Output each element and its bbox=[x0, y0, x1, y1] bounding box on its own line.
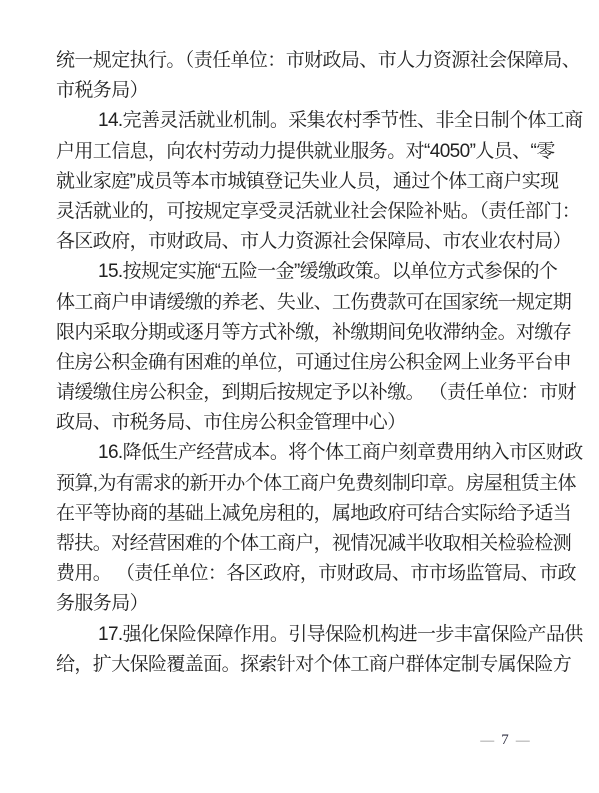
page-number-value: 7 bbox=[501, 732, 509, 749]
text-line-19: 务服务局） bbox=[56, 589, 593, 619]
text-line-14-item-16: 16.降低生产经营成本。将个体工商户刻章费用纳入市区财政 bbox=[56, 438, 593, 468]
page-number-dash-right: — bbox=[516, 734, 530, 745]
text-line-4: 户用工信息，向农村劳动力提供就业服务。对“4050”人员、“零 bbox=[56, 137, 593, 167]
text-line-13: 政局、市税务局、市住房公积金管理中心） bbox=[56, 408, 593, 438]
text-line-18: 费用。 （责任单位：各区政府，市财政局、市市场监管局、市政 bbox=[56, 559, 593, 589]
text-line-21: 给，扩大保险覆盖面。探索针对个体工商户群体定制专属保险方 bbox=[56, 650, 593, 680]
text-line-20-item-17: 17.强化保险保障作用。引导保险机构进一步丰富保险产品供 bbox=[56, 620, 593, 650]
text-line-6: 灵活就业的，可按规定享受灵活就业社会保险补贴。（责任部门： bbox=[56, 197, 593, 227]
text-line-12: 请缓缴住房公积金，到期后按规定予以补缴。 （责任单位：市财 bbox=[56, 378, 593, 408]
text-line-7: 各区政府，市财政局、市人力资源社会保障局、市农业农村局） bbox=[56, 227, 593, 257]
page-number: — 7 — bbox=[462, 729, 548, 751]
text-line-1: 统一规定执行。（责任单位：市财政局、市人力资源社会保障局、 bbox=[56, 46, 593, 76]
text-line-9: 体工商户申请缓缴的养老、失业、工伤费款可在国家统一规定期 bbox=[56, 288, 593, 318]
page-number-dash-left: — bbox=[480, 734, 494, 745]
text-line-8-item-15: 15.按规定实施“五险一金”缓缴政策。以单位方式参保的个 bbox=[56, 257, 593, 287]
text-line-10: 限内采取分期或逐月等方式补缴，补缴期间免收滞纳金。对缴存 bbox=[56, 318, 593, 348]
text-line-17: 帮扶。对经营困难的个体工商户，视情况减半收取相关检验检测 bbox=[56, 529, 593, 559]
document-body: 统一规定执行。（责任单位：市财政局、市人力资源社会保障局、 市税务局） 14.完… bbox=[56, 46, 593, 680]
text-line-11: 住房公积金确有困难的单位，可通过住房公积金网上业务平台申 bbox=[56, 348, 593, 378]
text-line-2: 市税务局） bbox=[56, 76, 593, 106]
text-line-16: 在平等协商的基础上减免房租的，属地政府可结合实际给予适当 bbox=[56, 499, 593, 529]
text-line-5: 就业家庭”成员等本市城镇登记失业人员，通过个体工商户实现 bbox=[56, 167, 593, 197]
text-line-3-item-14: 14.完善灵活就业机制。采集农村季节性、非全日制个体工商 bbox=[56, 106, 593, 136]
text-line-15: 预算,为有需求的新开办个体工商户免费刻制印章。房屋租赁主体 bbox=[56, 469, 593, 499]
document-page: 统一规定执行。（责任单位：市财政局、市人力资源社会保障局、 市税务局） 14.完… bbox=[0, 0, 599, 793]
